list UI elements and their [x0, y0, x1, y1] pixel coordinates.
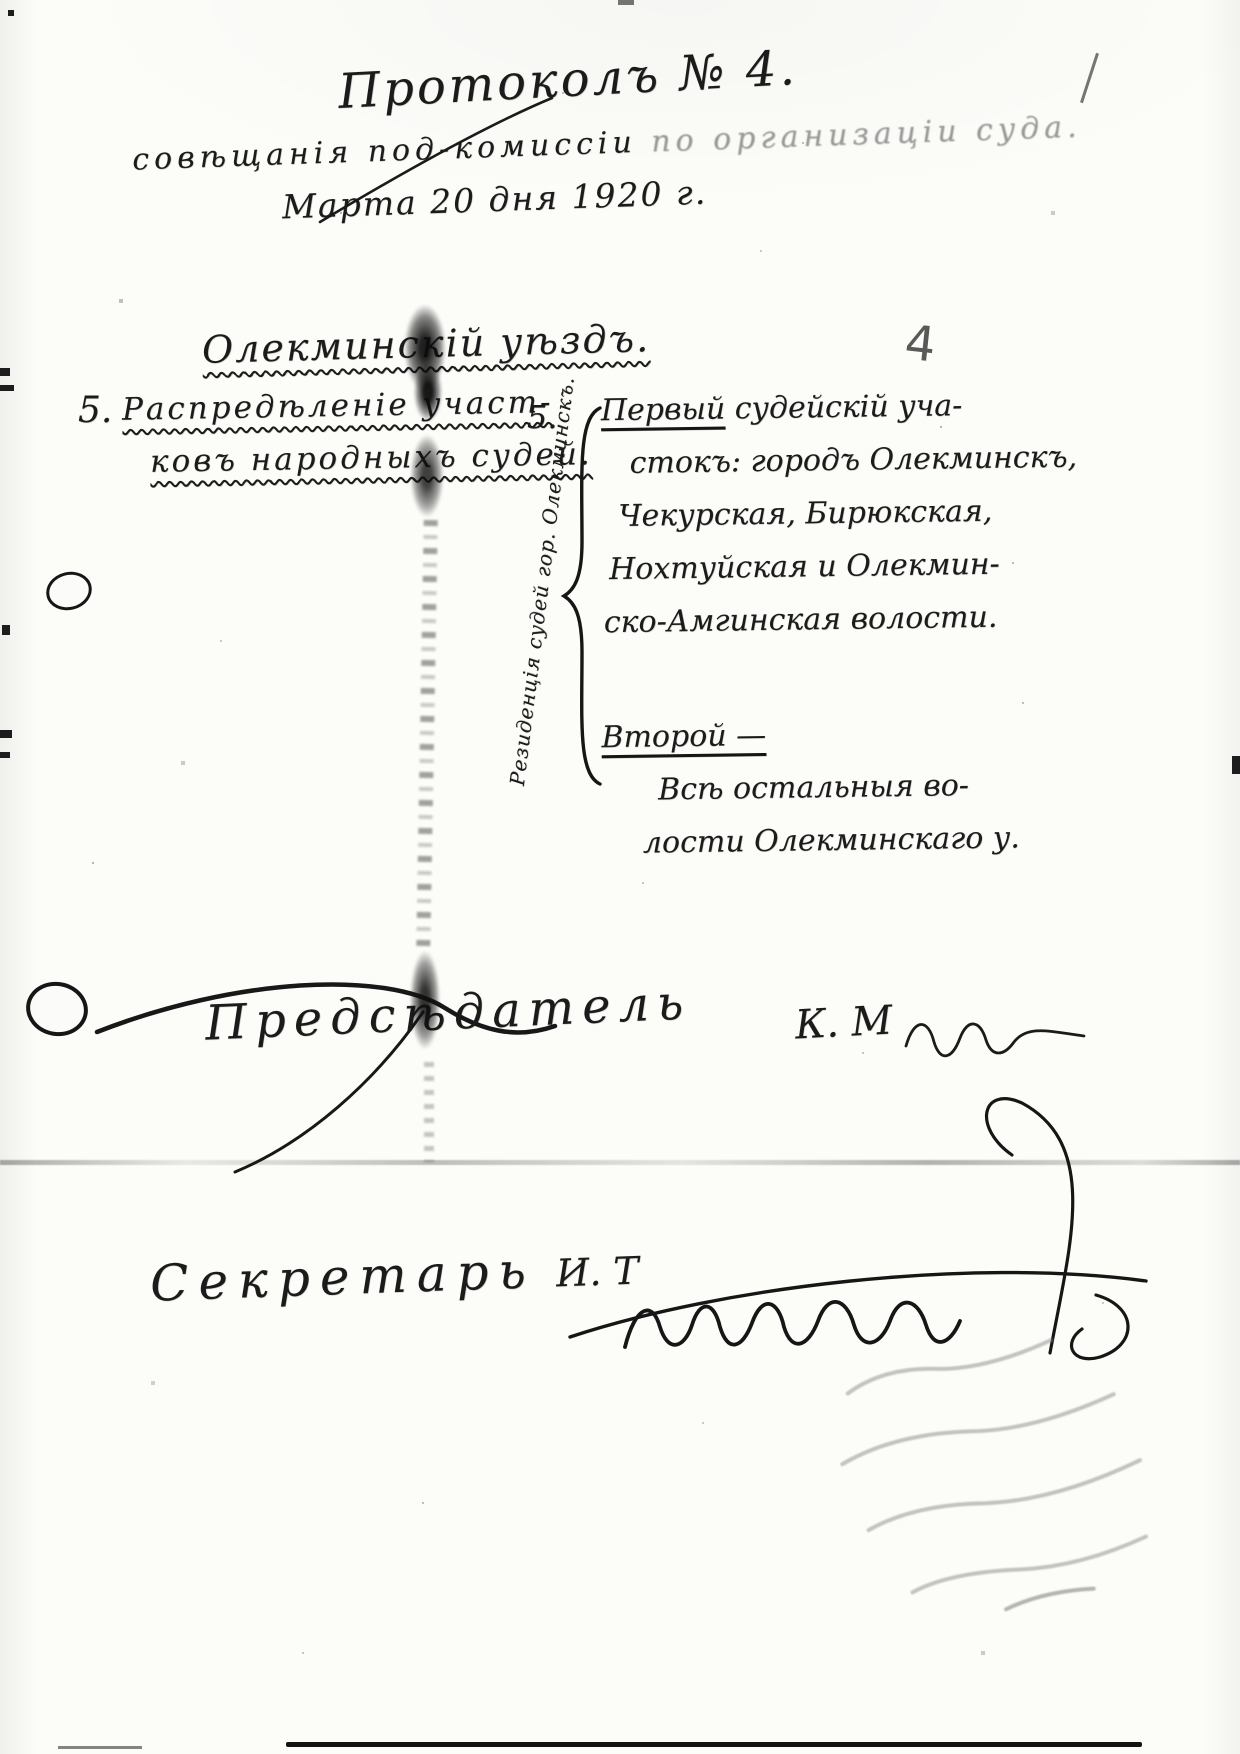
edge-speck — [0, 368, 10, 376]
scan-edge-bar — [58, 1746, 142, 1749]
stain-trail — [424, 1062, 434, 1162]
scanned-protocol-page: Протоколъ № 4. совѣщанія под-комиссіи по… — [0, 0, 1240, 1754]
first-district-rest: судейскій уча- — [725, 388, 963, 426]
second-district-label: Второй — — [601, 718, 766, 755]
agenda-item-number: 5. — [78, 390, 112, 431]
resolution-line: стокъ: городъ Олекминскъ, — [629, 440, 1066, 499]
agenda-item-text-line1: Распредѣленіе участ- — [122, 384, 554, 428]
edge-speck — [0, 385, 14, 391]
edge-speck — [0, 730, 12, 738]
resolution-text-block: Первый судейскій уча- стокъ: городъ Олек… — [595, 387, 1072, 880]
ink-stain — [406, 424, 448, 528]
punch-hole — [22, 977, 92, 1041]
stain-trail — [416, 520, 438, 950]
edge-speck — [618, 0, 634, 5]
chairman-signature: К. М — [794, 997, 894, 1048]
paper-noise-speckles — [0, 0, 2, 2]
resolution-first-line: Первый судейскій уча- — [601, 387, 1066, 446]
edge-speck — [0, 752, 10, 758]
resolution-line: Нохтуйская и Олекмин- — [609, 546, 1068, 605]
resolution-line: лости Олекминскаго у. — [643, 820, 1072, 879]
bleed-through-marks — [828, 1320, 1168, 1630]
secretary-role-label: Секретарь — [149, 1241, 537, 1312]
edge-speck — [2, 625, 10, 635]
agenda-item-text-line2: ковъ народныхъ судей. — [150, 436, 593, 480]
first-district-label: Первый — [601, 391, 726, 428]
punch-hole — [42, 567, 96, 615]
margin-check-mark: 4 — [902, 315, 938, 374]
resolution-line: Всѣ остальныя во- — [658, 767, 1071, 826]
subtitle-faint-tail: по организаціи суда. — [651, 109, 1083, 159]
ink-stain — [406, 938, 444, 1062]
edge-speck — [8, 10, 14, 16]
stray-pen-stroke — [1080, 53, 1099, 103]
ink-stain — [410, 355, 446, 429]
scan-edge-bar — [286, 1742, 1142, 1747]
resolution-line: ско-Амгинская волости. — [604, 599, 1069, 658]
second-district-label-line: Второй — — [601, 714, 1070, 774]
resolution-line: Чекурская, Бирюкская, — [618, 493, 1067, 552]
chairman-signature-scrawl — [902, 1002, 1092, 1072]
edge-speck — [1232, 756, 1240, 774]
subtitle-line: совѣщанія под-комиссіи по организаціи су… — [132, 109, 1082, 177]
